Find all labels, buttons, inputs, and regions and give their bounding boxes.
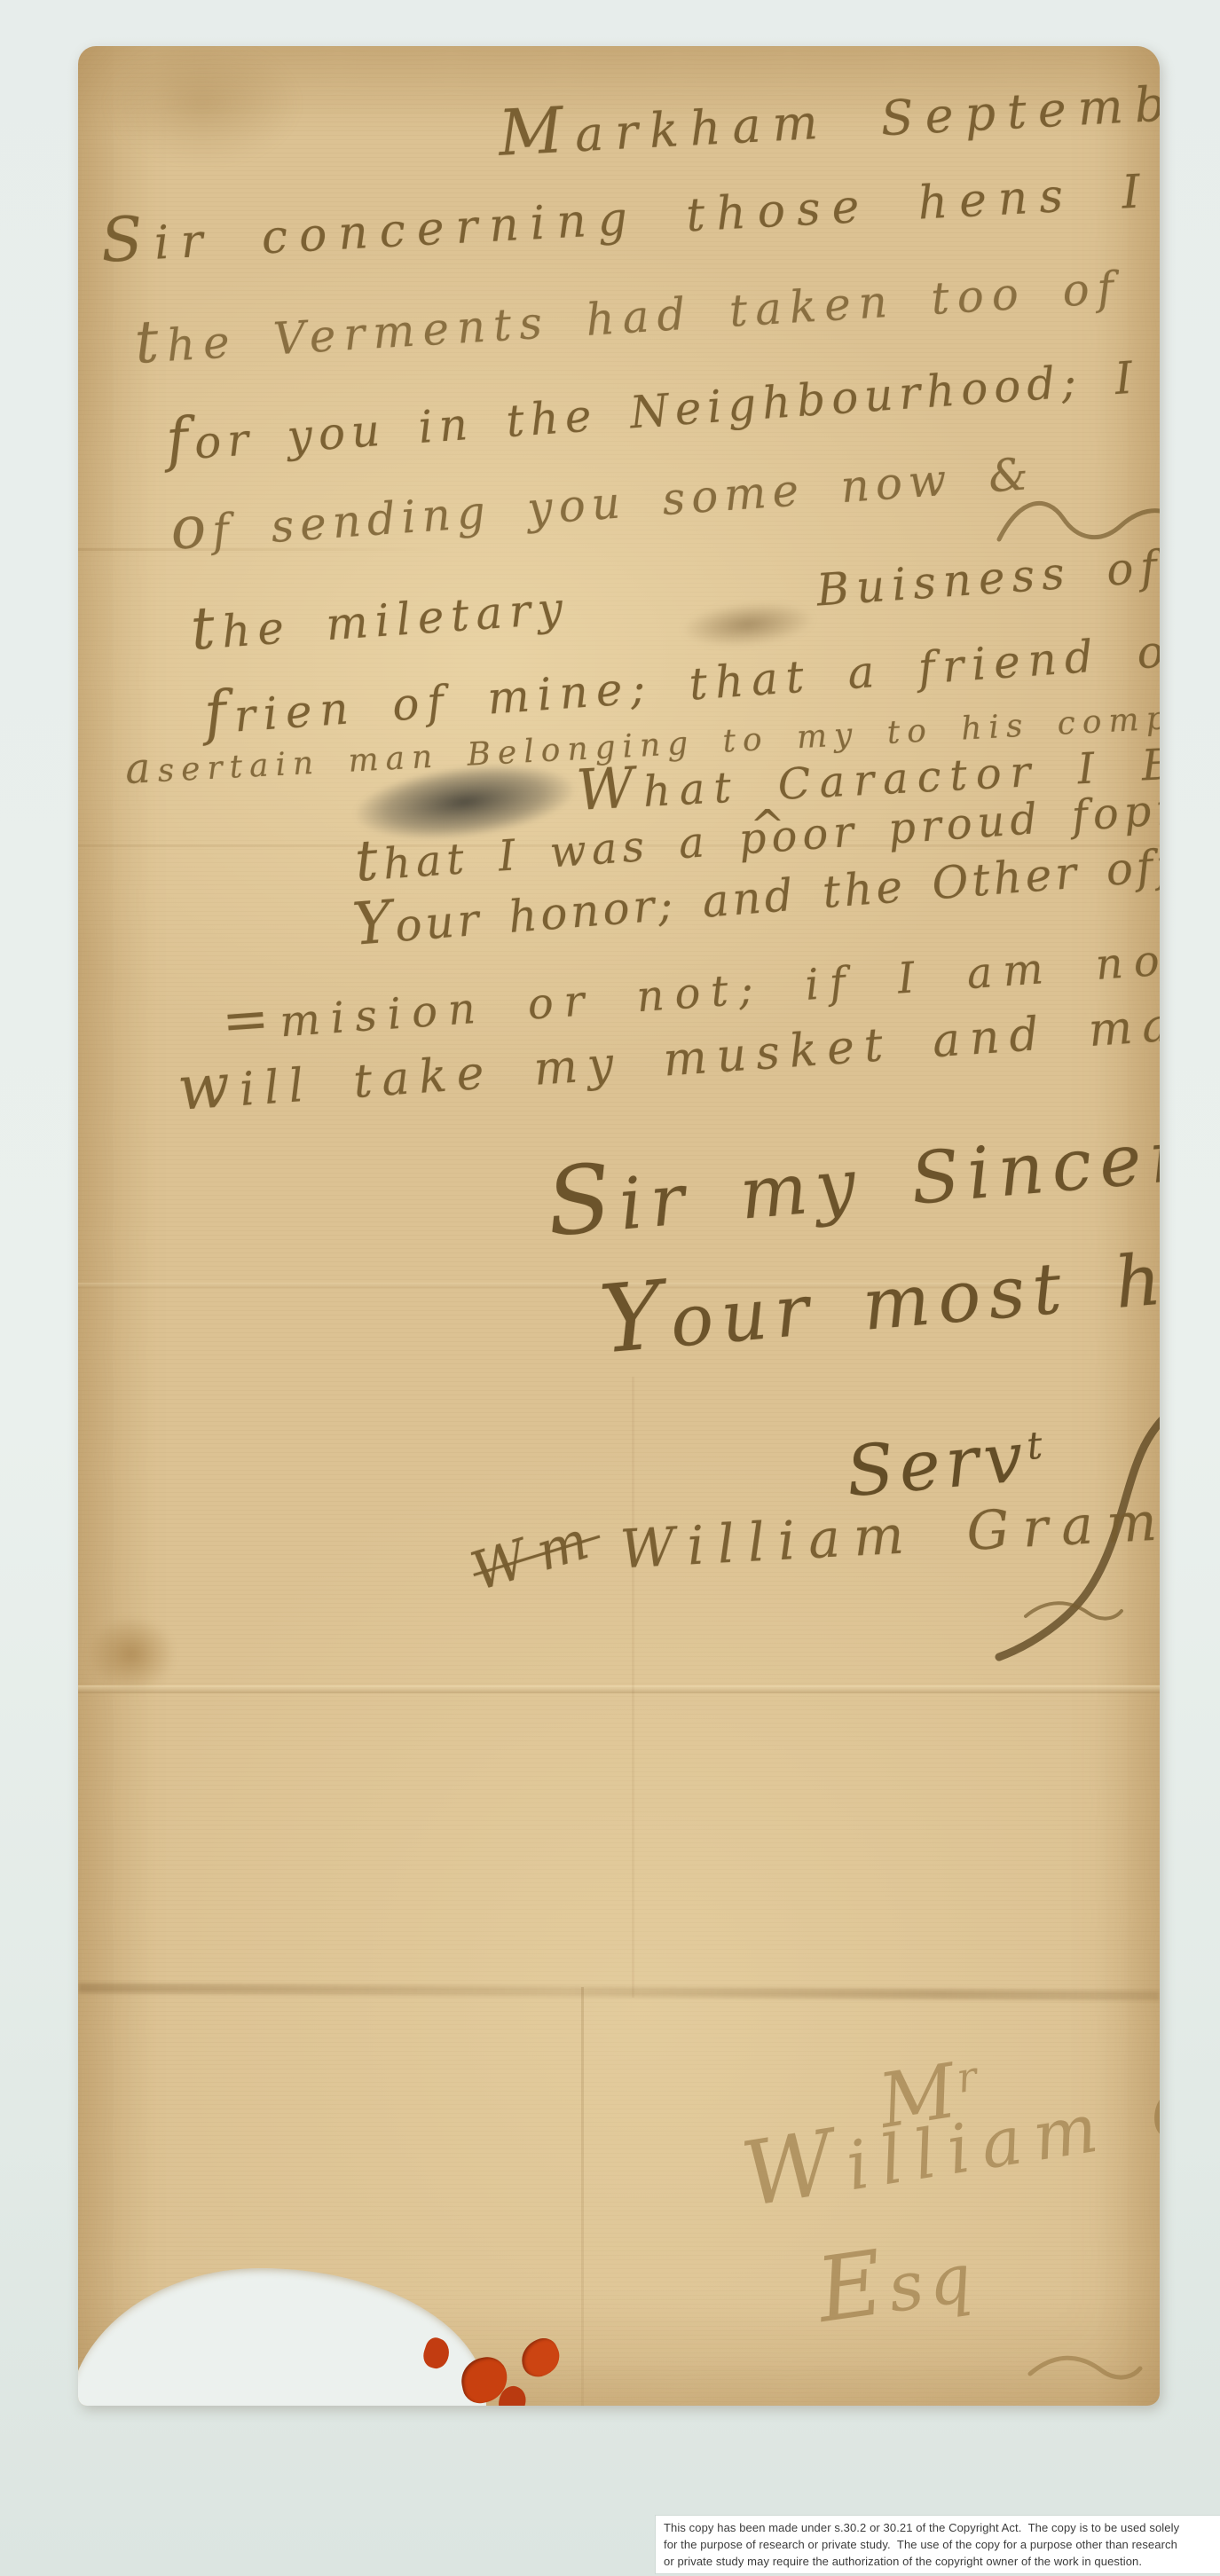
wax-seal-fragment xyxy=(492,2382,531,2406)
fold-crease xyxy=(78,1685,1160,1693)
pen-flourish-verso xyxy=(1023,2344,1147,2388)
fold-crease-vertical xyxy=(581,1987,584,2406)
heading-place-date: Markham Septembr xyxy=(497,65,1160,165)
letter-paper: Markham Septembr Sir concerning those he… xyxy=(78,46,1160,2406)
letter-line: Sir concerning those hens I f xyxy=(99,152,1160,271)
pen-flourish-addressee xyxy=(1020,1591,1127,1627)
copyright-line: or private study may require the authori… xyxy=(664,2554,1220,2571)
torn-corner xyxy=(78,2268,486,2406)
document-scan: Markham Septembr Sir concerning those he… xyxy=(0,0,1220,2576)
wax-seal-fragment xyxy=(516,2334,566,2383)
fold-crease-stained xyxy=(78,1983,1160,2001)
addressee-name: William Gramer xyxy=(618,1486,1160,1581)
closing-line: Sir my Sincere xyxy=(543,1096,1160,1250)
verso-esq: Esq xyxy=(812,2226,981,2336)
stain xyxy=(105,46,300,165)
copyright-line: for the purpose of research or private s… xyxy=(664,2537,1220,2554)
copyright-line: This copy has been made under s.30.2 or … xyxy=(664,2520,1220,2537)
copyright-notice: This copy has been made under s.30.2 or … xyxy=(656,2516,1220,2573)
addressee-scratched: Wm xyxy=(466,1510,608,1599)
pen-flourish-ampersand xyxy=(994,488,1160,561)
stain xyxy=(87,1616,176,1692)
